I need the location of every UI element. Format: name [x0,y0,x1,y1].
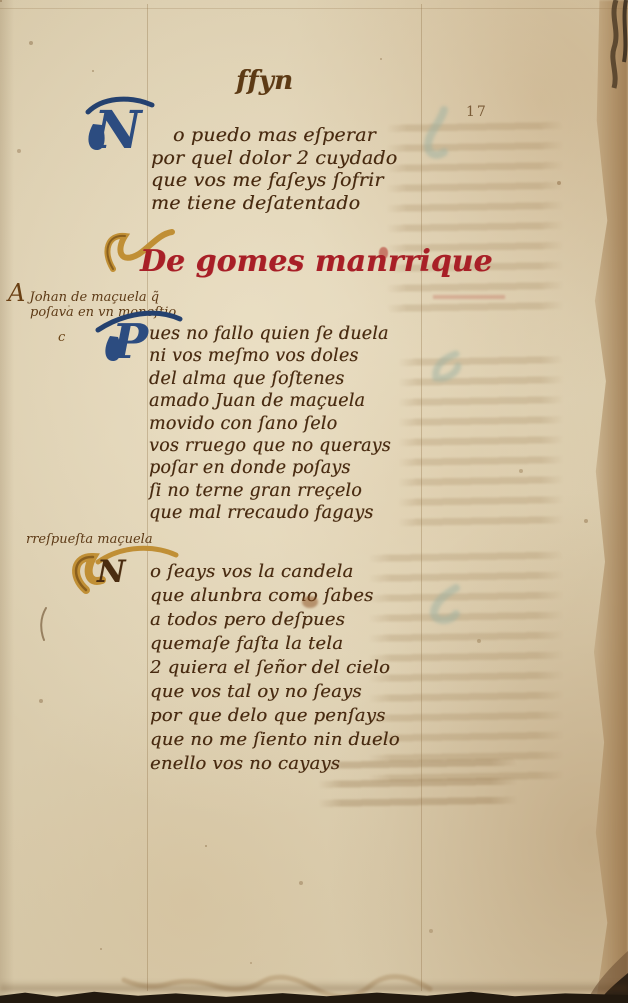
verse-line: que alunbra como ſabes [150,584,400,608]
verso-showthrough-red-line [433,295,505,299]
corner-fold-bottom-right [558,933,628,1003]
margin-mark-c: c [58,330,65,345]
verse-line: o puedo mas eſperar [151,124,397,147]
verso-showthrough [386,118,564,316]
gutter-shadow [0,0,14,1003]
verse-line: ues no fallo quien ſe duela [149,323,391,345]
foxing-speckles [0,0,2,2]
manuscript-page: ffyn 17 N o puedo mas eſperar por quel d… [0,0,628,1003]
folio-number: 17 [466,104,488,120]
stanza-1: o puedo mas eſperar por quel dolor 2 cuy… [151,124,397,214]
green-showthrough-smudge [424,584,466,626]
green-showthrough-smudge [426,350,466,384]
verse-line: por quel dolor 2 cuydado [151,147,397,170]
verse-line: poſar en donde poſays [149,457,391,479]
fin-heading: ffyn [236,66,293,96]
stanza-3: o ſeays vos la candela que alunbra como … [150,560,400,776]
stanza-2: ues no fallo quien ſe duela ni vos meſmo… [149,323,391,525]
verse-line: que no me ſiento nin duelo [150,728,400,752]
verse-line: del alma que ſoſtenes [149,368,391,390]
ink-blot [302,596,318,608]
page-edge-right [582,0,628,1003]
verse-line: ſi no terne gran rreçelo [149,480,391,502]
verse-line: movido con ſano ſelo [149,413,391,435]
verse-line: o ſeays vos la candela [150,560,400,584]
verso-showthrough [398,352,564,534]
verse-line: amado Juan de maçuela [149,390,391,412]
verse-line: 2 quiera el ſeñor del cielo [150,656,400,680]
verse-line: que vos tal oy no ſeays [150,680,400,704]
verse-line: que vos me faſeys ſofrir [151,169,397,192]
verse-line: me tiene deſatentado [151,192,397,215]
margin-attribution-line: A Johan de maçuela q̃ [8,286,176,305]
binding-marks-top-right [586,0,628,90]
ruling-line-horizontal-top [0,8,628,9]
verse-line: enello vos no cayays [150,752,400,776]
verse-line: que mal rrecaudo fagays [149,502,391,524]
chapter-rubric: De gomes manrrique [140,244,493,279]
svg-text:P: P [110,314,150,364]
verse-line: vos rruego que no querays [149,435,391,457]
verse-line: ni vos meſmo vos doles [149,345,391,367]
stanza-initial-n: N [97,554,126,590]
verse-line: quemaſe faſta la tela [150,632,400,656]
margin-pen-flick [36,606,50,642]
svg-text:N: N [92,100,144,156]
green-showthrough-smudge [420,106,456,162]
verse-line: por que delo que penſays [150,704,400,728]
bottom-edge-shadow [0,981,628,991]
illuminated-initial-blue-n: N [82,94,158,156]
verse-line: a todos pero deſpues [150,608,400,632]
